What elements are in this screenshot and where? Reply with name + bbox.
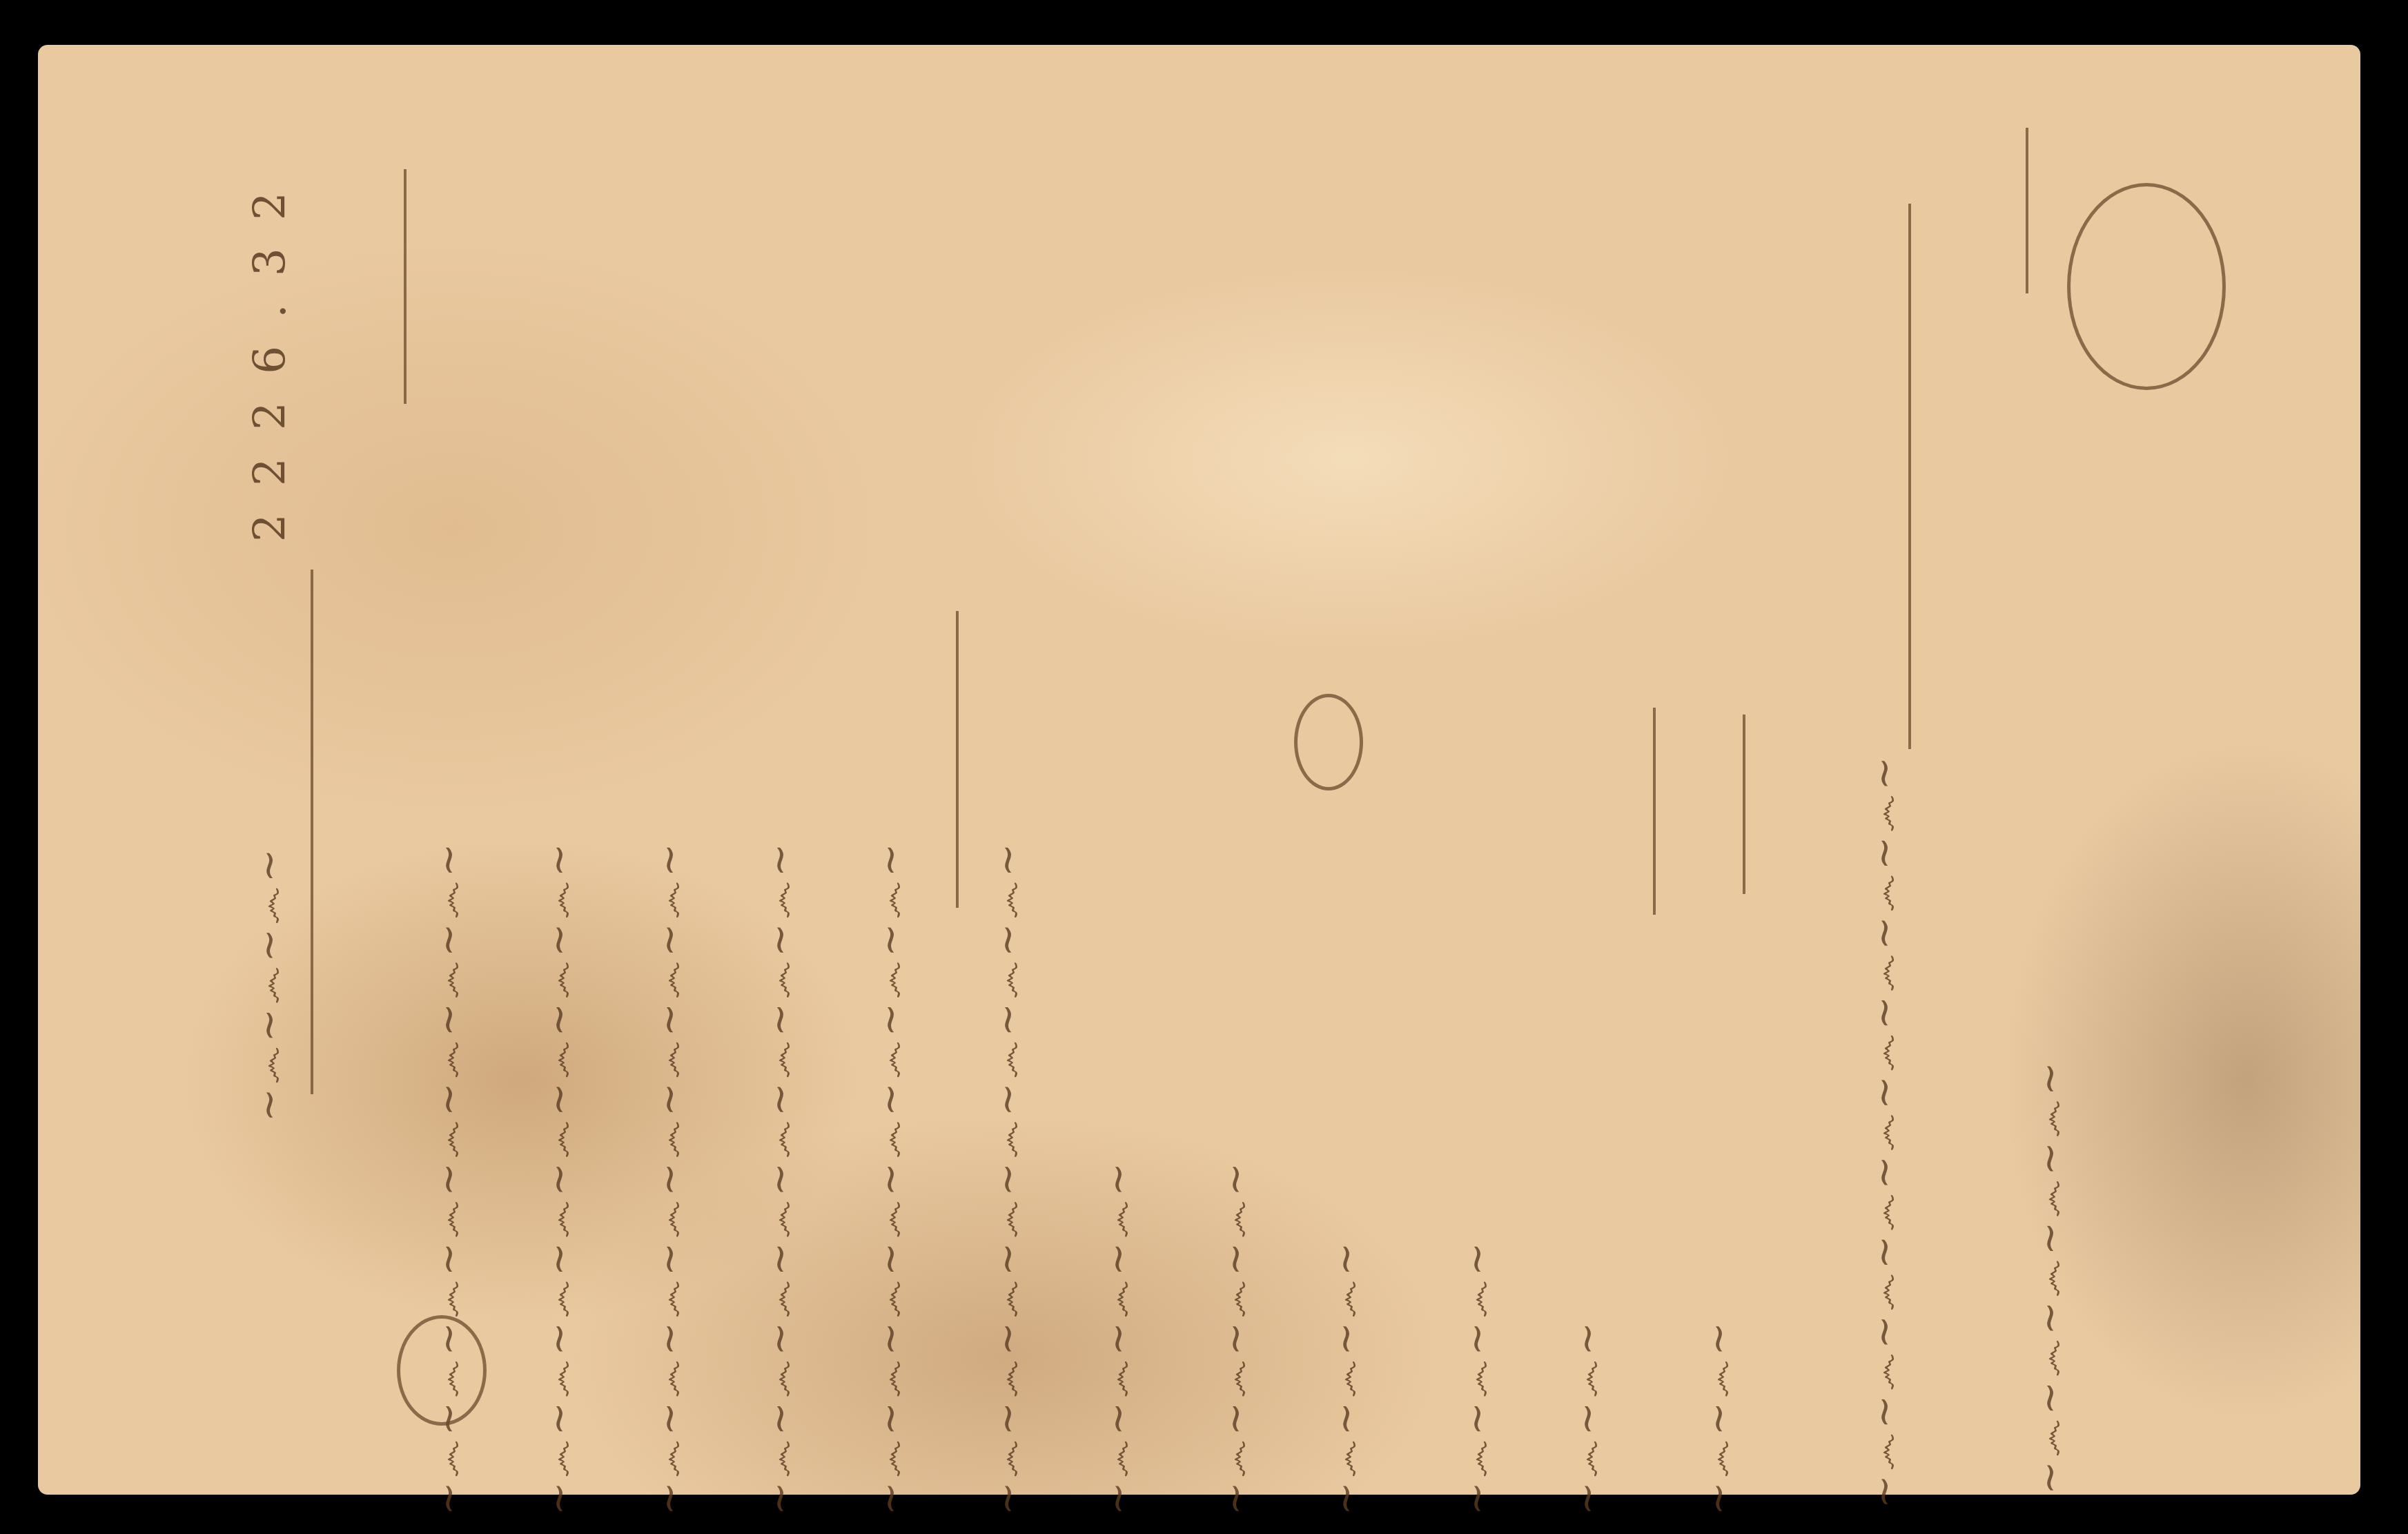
postcard-paper: 2 2 2 6 . 3 2 ~෴~෴~෴~ ~෴~෴~෴~෴~෴~෴~෴~෴~ … [38, 45, 2360, 1495]
handwritten-line: ~෴~෴~෴~෴~෴~෴~෴~෴~ [866, 217, 913, 1515]
underline-stroke [311, 570, 313, 1094]
underline-stroke [2026, 128, 2028, 293]
flourish-loop [1294, 694, 1363, 790]
handwritten-line: ~෴~෴~෴~෴~෴~෴~෴~෴~ [645, 204, 692, 1515]
handwritten-line: ~෴~෴~ [1563, 977, 1610, 1515]
underline-stroke [1908, 204, 1911, 749]
handwritten-line: ~෴~෴~෴~ [245, 570, 292, 1122]
date-line: 2 2 2 6 . 3 2 [245, 128, 296, 542]
underline-stroke [1653, 708, 1656, 915]
underline-stroke [1743, 715, 1745, 894]
underline-stroke [956, 611, 959, 908]
flourish-loop [2067, 183, 2226, 390]
handwritten-line: ~෴~෴~෴~෴~෴~෴~෴~෴~ [756, 204, 803, 1515]
underline-stroke [404, 169, 407, 404]
handwritten-line: ~෴~෴~෴~෴~෴~෴~෴~෴~ [535, 204, 582, 1515]
handwritten-line: ~෴~෴~෴~෴~෴~෴~෴~෴~෴~ [1860, 128, 1907, 1508]
handwritten-line: ~෴~෴~෴~෴~෴~෴~෴~෴~ [983, 238, 1030, 1515]
handwritten-line: ~෴~෴~෴~෴~ [1211, 804, 1258, 1515]
handwritten-line: ~෴~෴~෴~෴~ [1094, 790, 1141, 1515]
flourish-loop [397, 1315, 487, 1426]
handwritten-line: ~෴~෴~෴~ [1322, 860, 1369, 1515]
signature: ~෴~෴~෴~෴~෴~ [2026, 597, 2073, 1495]
handwritten-line: ~෴~෴~෴~ [1453, 839, 1500, 1515]
handwritten-line: ~෴~෴~ [1694, 1122, 1741, 1515]
